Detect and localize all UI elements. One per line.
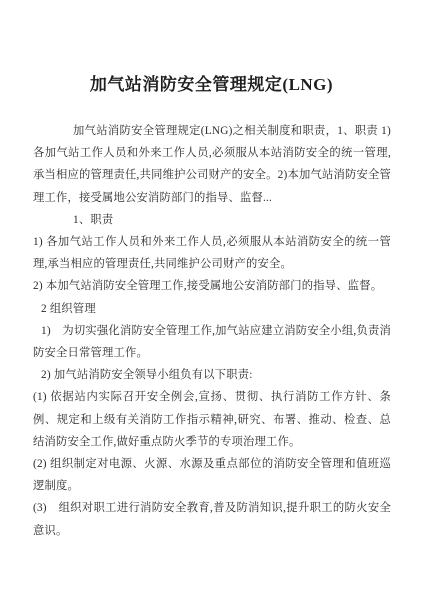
organization-subitem-1: (1) 依据站内实际召开安全例会,宣扬、贯彻、执行消防工作方针、条例、规定和上级… bbox=[33, 386, 391, 453]
organization-subitem-2: (2) 组织制定对电源、火源、水源及重点部位的消防安全管理和值班巡逻制度。 bbox=[33, 453, 391, 497]
duty-item-2: 2) 本加气站消防安全管理工作,接受属地公安消防部门的指导、监督。 bbox=[33, 275, 391, 297]
section-heading-duties: 1、职责 bbox=[33, 209, 391, 231]
organization-item-1: 1) 为切实强化消防安全管理工作,加气站应建立消防安全小组,负责消防安全日常管理… bbox=[33, 320, 391, 364]
organization-item-2: 2) 加气站消防安全领导小组负有以下职责: bbox=[33, 364, 391, 386]
document-body: 加气站消防安全管理规定(LNG)之相关制度和职责，1、职责 1)各加气站工作人员… bbox=[0, 120, 423, 542]
intro-paragraph: 加气站消防安全管理规定(LNG)之相关制度和职责，1、职责 1)各加气站工作人员… bbox=[33, 120, 391, 209]
document-page: 加气站消防安全管理规定(LNG) 加气站消防安全管理规定(LNG)之相关制度和职… bbox=[0, 0, 423, 600]
organization-subitem-3: (3) 组织对职工进行消防安全教育,普及防消知识,提升职工的防火安全意识。 bbox=[33, 497, 391, 541]
duty-item-1: 1) 各加气站工作人员和外来工作人员,必须服从本站消防安全的统一管理,承当相应的… bbox=[33, 231, 391, 275]
document-title: 加气站消防安全管理规定(LNG) bbox=[0, 0, 423, 97]
section-heading-organization: 2 组织管理 bbox=[33, 298, 391, 320]
